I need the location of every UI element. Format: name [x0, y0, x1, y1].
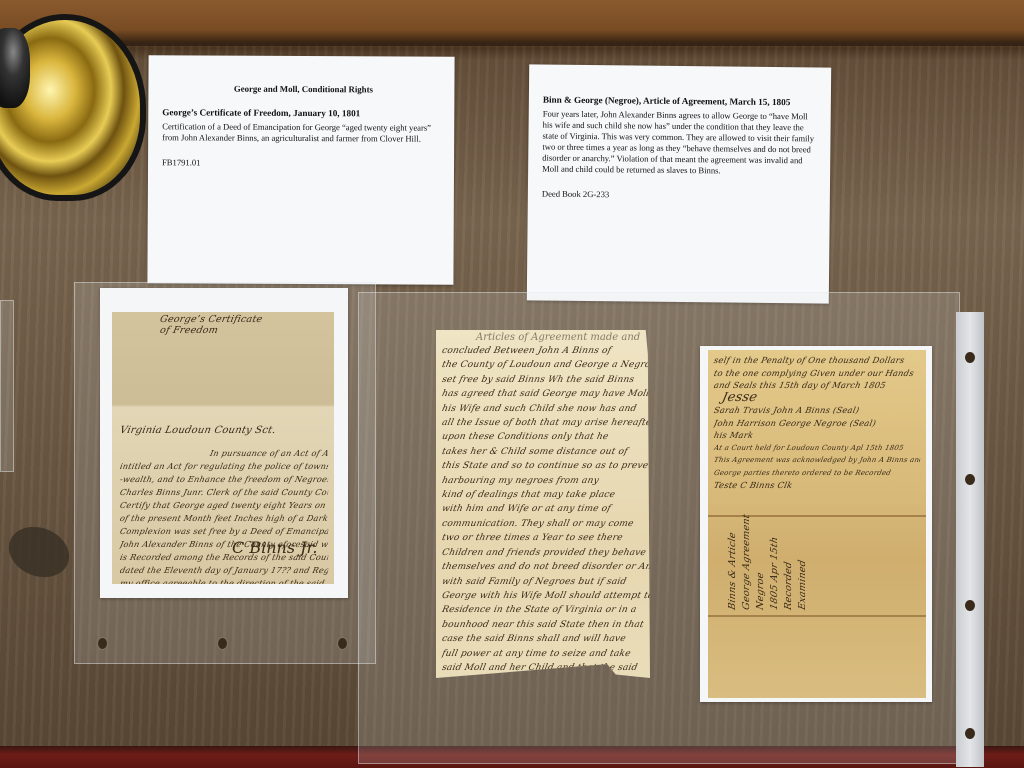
agreement-bond-document: self in the Penalty of One thousand Doll…	[708, 350, 926, 698]
bond-text: self in the Penalty of One thousand Doll…	[714, 354, 920, 492]
binder-hole	[965, 474, 975, 485]
punch-hole	[97, 637, 108, 650]
certificate-text: Virginia Loudoun County Sct. In pursuanc…	[120, 424, 328, 584]
label-doc-title: Binn & George (Negroe), Article of Agree…	[543, 95, 817, 110]
docket-endorsement: Binns & Article George Agreement Negroe …	[726, 514, 810, 610]
binder-hole	[965, 728, 975, 739]
label-card-agreement: Binn & George (Negroe), Article of Agree…	[527, 64, 831, 303]
clerk-signature: C Binns Jr.	[232, 538, 318, 557]
binder-strip	[956, 312, 984, 767]
plastic-sleeve-edge	[0, 300, 14, 472]
punch-hole	[217, 637, 228, 650]
article-of-agreement-document: Articles of Agreement made and concluded…	[436, 330, 650, 678]
label-card-certificate: George and Moll, Conditional Rights Geor…	[147, 55, 454, 285]
punch-hole	[337, 637, 348, 650]
label-description: Certification of a Deed of Emancipation …	[162, 121, 444, 144]
label-reference: FB1791.01	[162, 157, 444, 169]
binder-hole	[965, 352, 975, 363]
label-doc-title: George’s Certificate of Freedom, January…	[162, 108, 444, 121]
bell-handle	[0, 28, 30, 108]
case-frame-rail	[0, 0, 1024, 42]
binder-hole	[965, 600, 975, 611]
glass-edge	[0, 42, 1024, 46]
agreement-text: concluded Between John A Binns of the Co…	[442, 344, 650, 678]
fold-line	[708, 615, 926, 617]
label-reference: Deed Book 2G-233	[542, 188, 816, 202]
certificate-of-freedom-document: George’s Certificate of Freedom Virginia…	[112, 312, 334, 584]
label-description: Four years later, John Alexander Binns a…	[542, 108, 817, 177]
agreement-heading: Articles of Agreement made and	[476, 332, 640, 343]
docket-note: George’s Certificate of Freedom	[160, 314, 262, 336]
exhibit-title: George and Moll, Conditional Rights	[162, 83, 444, 96]
